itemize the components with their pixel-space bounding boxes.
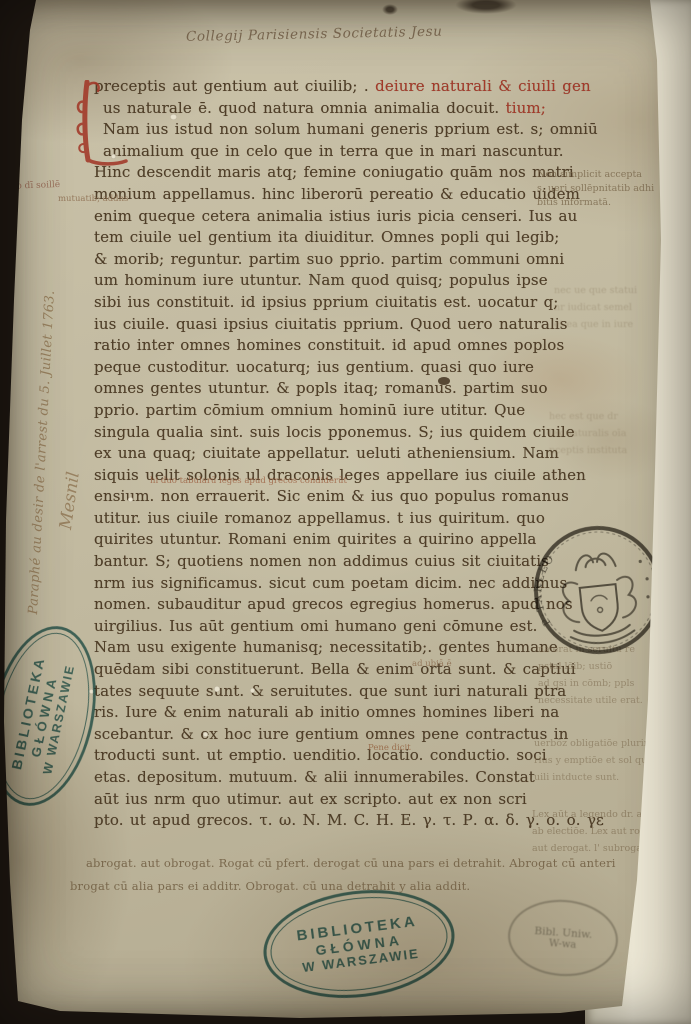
- line-text: & morib; reguntur. partim suo pprio. par…: [94, 250, 564, 268]
- line-text: uirgilius. Ius aūt gentium omi humano ge…: [94, 617, 537, 635]
- line-text: ex una quaq; ciuitate appellatur. ueluti…: [94, 444, 559, 462]
- line-text: pprio. partim cōmium omnium hominū iure …: [94, 401, 525, 419]
- manuscript-line: tem ciuile uel gentium ita diuiditur. Om…: [94, 227, 646, 249]
- line-text: etas. depositum. mutuum. & alii innumera…: [94, 768, 535, 786]
- line-text: quirites utuntur. Romani enim quirites a…: [94, 530, 536, 548]
- manuscript-line: ratio inter omnes homines constituit. id…: [94, 335, 646, 357]
- line-text: enim queque cetera animalia istius iuris…: [94, 207, 577, 225]
- manuscript-line: omnes gentes utuntur. & popls itaq; roma…: [94, 378, 646, 400]
- interlinear-gloss: mutuatib; addns: [58, 194, 128, 204]
- wormhole-spot: [250, 688, 255, 693]
- wormhole-spot: [214, 686, 220, 692]
- line-text: quēdam sibi constituerunt. Bella & enim …: [94, 660, 576, 678]
- french-paraphe-inscription: Paraphé au desir de l'arrest du 5. Juill…: [26, 269, 59, 614]
- manuscript-line: & morib; reguntur. partim suo pprio. par…: [94, 249, 646, 271]
- stamp-text: BIBLIOTEKA GŁÓWNA W WARSZAWIE: [261, 883, 458, 1005]
- stain-mark: [382, 4, 398, 15]
- line-text: nrm ius significamus. sicut cum poetam d…: [94, 574, 567, 592]
- line-text: Hinc descendit maris atq; femine coniuga…: [94, 163, 574, 181]
- line-text: utitur. ius ciuile romanoz appellamus. t…: [94, 509, 545, 527]
- university-library-small-stamp: Bibl. Uniw. W-wa: [505, 896, 620, 979]
- line-text: ensium. non errauerit. Sic enim & ius qu…: [94, 487, 569, 505]
- paraphe-signature: Mesnil: [56, 379, 97, 530]
- line-text: preceptis aut gentium aut ciuilib; .: [94, 77, 369, 95]
- line-text: um hominum iure utuntur. Nam quod quisq;…: [94, 271, 548, 289]
- interlinear-gloss: ad ubiā ē: [412, 659, 452, 669]
- bottom-gloss-line: abrogat. aut obrogat. Rogat cū pfert. de…: [86, 856, 616, 870]
- line-text: singula qualia sint. suis locis pponemus…: [94, 423, 575, 441]
- line-text: tates sequute sunt. & seruitutes. que su…: [94, 682, 566, 700]
- ownership-inscription: Collegij Parisiensis Societatis Jesu: [186, 23, 466, 45]
- line-text: Nam usu exigente humanisq; necessitatib;…: [94, 638, 558, 656]
- line-text: ris. Iure & enim naturali ab initio omne…: [94, 703, 559, 721]
- manuscript-line: Nam ius istud non solum humani generis p…: [94, 119, 646, 141]
- wormhole-spot: [111, 154, 116, 159]
- line-text: Nam ius istud non solum humani generis p…: [103, 120, 598, 138]
- library-stamp-oval-bottom: BIBLIOTEKA GŁÓWNA W WARSZAWIE: [257, 880, 460, 1009]
- interlinear-gloss: hi duo tabularū leges apud grecos condid…: [150, 476, 347, 486]
- line-text: us naturale ē. quod natura omnia animali…: [103, 99, 499, 117]
- line-text: nomen. subauditur apud grecos egregius h…: [94, 595, 573, 613]
- line-text: aūt ius nrm quo utimur. aut ex scripto. …: [94, 790, 527, 808]
- line-rubric-text: deiure naturali & ciuili gen: [369, 77, 591, 95]
- line-text: ius ciuile. quasi ipsius ciuitatis ppriu…: [94, 315, 568, 333]
- line-text: animalium que in celo que in terra que i…: [103, 142, 564, 160]
- ink-blot: [438, 377, 450, 385]
- stamp-text: BIBLIOTEKA GŁÓWNA W WARSZAWIE: [0, 620, 108, 813]
- interlinear-gloss: Pene dicit: [368, 743, 411, 753]
- line-text: troducti sunt. ut emptio. uenditio. loca…: [94, 746, 547, 764]
- parchment-page: Collegij Parisiensis Societatis Jesu pre…: [0, 0, 691, 1024]
- manuscript-photo: Collegij Parisiensis Societatis Jesu pre…: [0, 0, 691, 1024]
- line-text: scebantur. & ex hoc iure gentium omnes p…: [94, 725, 568, 743]
- wormhole-spot: [128, 497, 133, 502]
- line-text: bantur. S; quotiens nomen non addimus cu…: [94, 552, 549, 570]
- manuscript-line: ensium. non errauerit. Sic enim & ius qu…: [94, 486, 646, 508]
- stamp-line: W-wa: [548, 938, 576, 951]
- svg-text:P·TARŁŁO: P·TARŁŁO: [528, 551, 565, 629]
- line-text: sibi ius constituit. id ipsius pprium ci…: [94, 293, 558, 311]
- line-text: peque custoditur. uocaturq; ius gentium.…: [94, 358, 534, 376]
- wormhole-spot: [203, 732, 208, 737]
- line-text: omnes gentes utuntur. & popls itaq; roma…: [94, 379, 548, 397]
- left-margin-note: p ab dī soillē: [2, 180, 60, 192]
- line-text: monium appellamus. hinc liberorū pereati…: [94, 185, 580, 203]
- line-text: pto. ut apud grecos. τ. ω. Ν. Μ. C. Η. Ε…: [94, 811, 604, 829]
- stain-mark: [455, 0, 517, 14]
- illuminated-initial-icon: [74, 80, 128, 170]
- manuscript-line: peque custoditur. uocaturq; ius gentium.…: [94, 357, 646, 379]
- armorial-legend-text: P·TARŁŁO: [528, 551, 565, 629]
- line-rubric-text: tium;: [499, 99, 546, 117]
- manuscript-line: animalium que in celo que in terra que i…: [94, 141, 646, 163]
- manuscript-line: preceptis aut gentium aut ciuilib; . dei…: [94, 76, 646, 98]
- line-text: ratio inter omnes homines constituit. id…: [94, 336, 564, 354]
- wormhole-spot: [170, 114, 177, 120]
- line-text: tem ciuile uel gentium ita diuiditur. Om…: [94, 228, 559, 246]
